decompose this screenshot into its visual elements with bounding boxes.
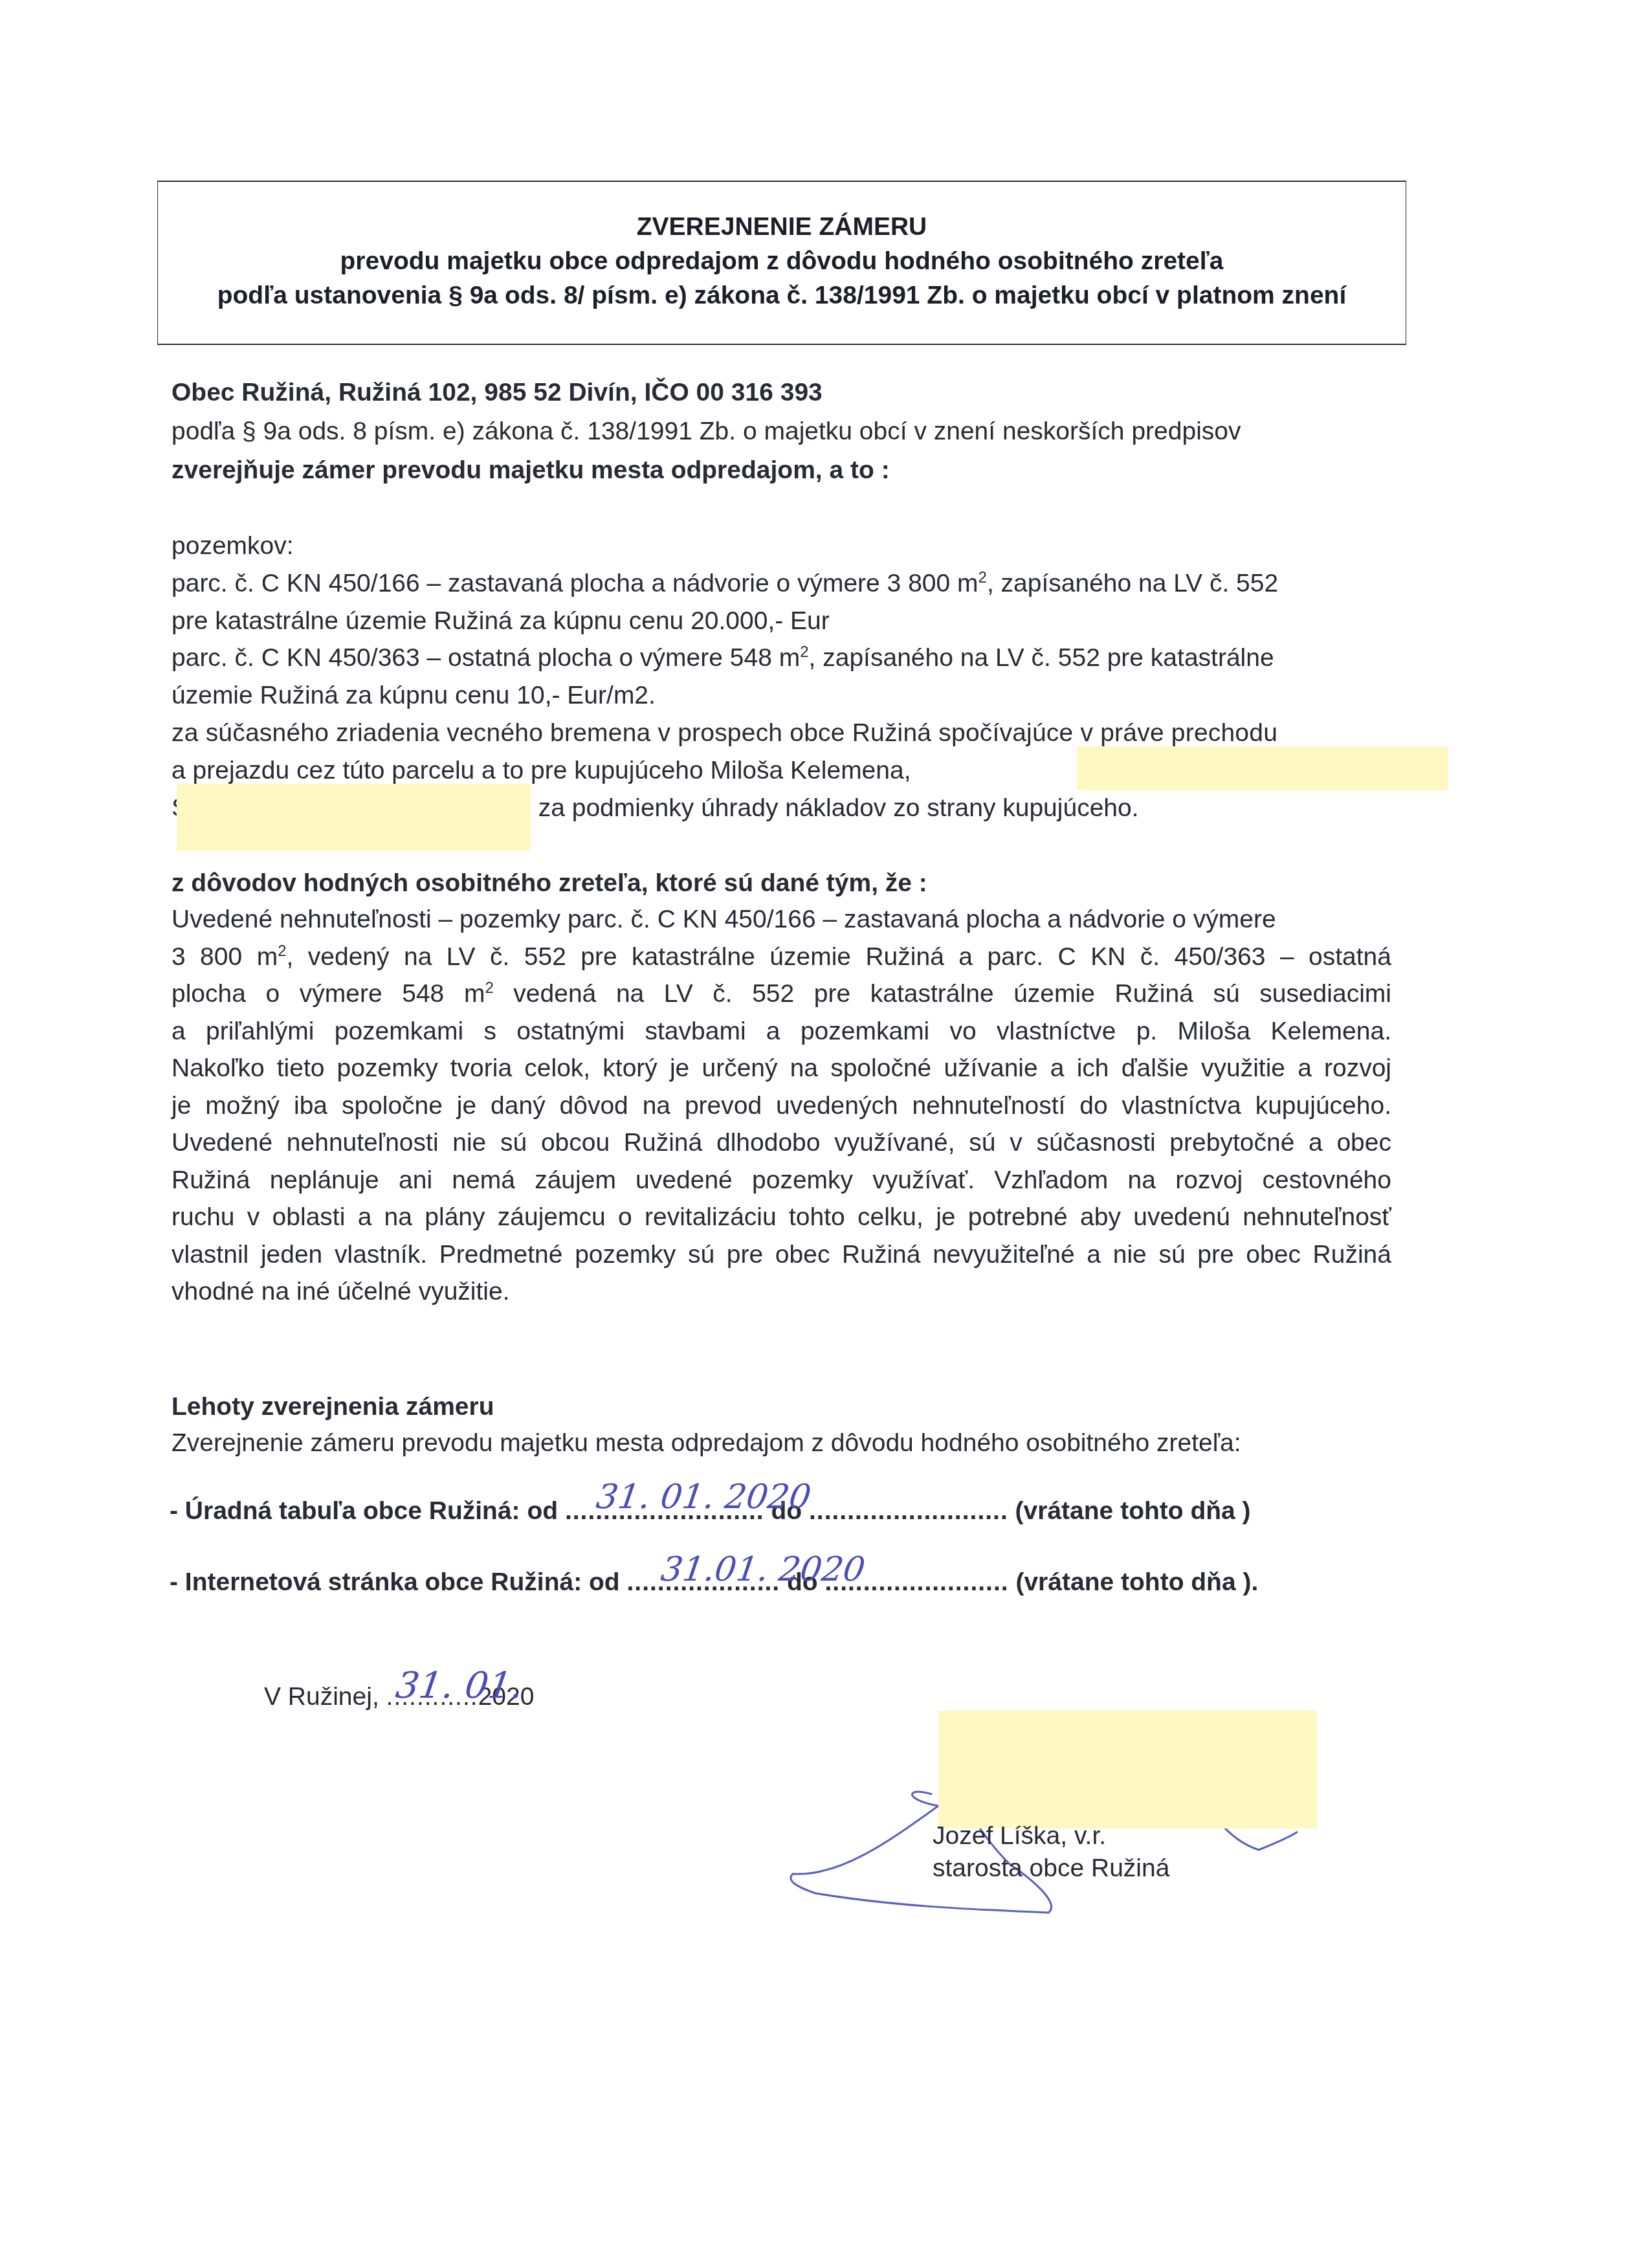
reasons-text: , vedený na LV č. 552 pre katastrálne úz… bbox=[286, 943, 1391, 971]
superscript: 2 bbox=[978, 569, 987, 586]
reasons-line: Uvedené nehnuteľnosti – pozemky parc. č.… bbox=[171, 906, 1276, 934]
easement-line-1: za súčasného zriadenia vecného bremena v… bbox=[171, 719, 1277, 748]
handwritten-board-date: 31. 01. 2020 bbox=[594, 1478, 813, 1517]
reasons-line: je možný iba spoločne je daný dôvod na p… bbox=[171, 1092, 1391, 1120]
announcement-line: zverejňuje zámer prevodu majetku mesta o… bbox=[171, 456, 890, 485]
handwritten-web-date: 31.01. 2020 bbox=[659, 1550, 868, 1589]
signatory-role: starosta obce Ružiná bbox=[933, 1854, 1169, 1883]
handwritten-signing-date: 31. 01. bbox=[393, 1665, 525, 1707]
reasons-text: vedená na LV č. 552 pre katastrálne územ… bbox=[494, 980, 1391, 1008]
easement-line-2: a prejazdu cez túto parcelu a to pre kup… bbox=[171, 757, 911, 785]
reasons-line: vhodné na iné účelné využitie. bbox=[171, 1278, 510, 1306]
reasons-line: Ružiná neplánuje ani nemá záujem uvedené… bbox=[171, 1166, 1391, 1195]
superscript: 2 bbox=[485, 979, 493, 997]
reasons-line: Uvedené nehnuteľnosti nie sú obcou Ružin… bbox=[171, 1129, 1391, 1157]
deadlines-intro: Zverejnenie zámeru prevodu majetku mesta… bbox=[171, 1429, 1241, 1458]
issuer-line: Obec Ružiná, Ružiná 102, 985 52 Divín, I… bbox=[171, 379, 823, 407]
document-subtitle-2: podľa ustanovenia § 9a ods. 8/ písm. e) … bbox=[158, 282, 1406, 310]
reasons-heading: z dôvodov hodných osobitného zreteľa, kt… bbox=[171, 869, 927, 898]
reasons-line: Nakoľko tieto pozemky tvoria celok, ktor… bbox=[171, 1054, 1391, 1083]
title-box: ZVEREJNENIE ZÁMERU prevodu majetku obce … bbox=[157, 181, 1406, 345]
document-subtitle-1: prevodu majetku obce odpredajom z dôvodu… bbox=[158, 247, 1406, 276]
reasons-line: plocha o výmere 548 m2 vedená na LV č. 5… bbox=[171, 980, 1391, 1008]
legal-basis-line: podľa § 9a ods. 8 písm. e) zákona č. 138… bbox=[171, 417, 1241, 446]
reasons-text: plocha o výmere 548 m bbox=[171, 980, 485, 1008]
web-label: - Internetová stránka obce Ružiná: od bbox=[170, 1568, 620, 1596]
reasons-line: ruchu v oblasti a na plány záujemcu o re… bbox=[171, 1203, 1391, 1232]
document-title: ZVEREJNENIE ZÁMERU bbox=[158, 213, 1406, 241]
signatory-name: Jozef Líška, v.r. bbox=[933, 1822, 1106, 1851]
parcel-2-line-1: parc. č. C KN 450/363 – ostatná plocha o… bbox=[171, 644, 1274, 673]
board-suffix: (vrátane tohto dňa ) bbox=[1015, 1497, 1251, 1525]
parcel-2-line-2: územie Ružiná za kúpnu cenu 10,- Eur/m2. bbox=[171, 682, 656, 710]
deadlines-heading: Lehoty zverejnenia zámeru bbox=[171, 1393, 494, 1421]
parcel-2-lv: , zapísaného na LV č. 552 pre katastráln… bbox=[809, 644, 1274, 672]
redaction-box bbox=[938, 1711, 1317, 1829]
web-suffix: (vrátane tohto dňa ). bbox=[1015, 1568, 1258, 1596]
parcel-2-text: parc. č. C KN 450/363 – ostatná plocha o… bbox=[171, 644, 800, 672]
parcel-1-lv: , zapísaného na LV č. 552 bbox=[987, 570, 1278, 597]
redaction-box bbox=[177, 784, 531, 851]
board-label: - Úradná tabuľa obce Ružiná: od bbox=[170, 1497, 558, 1525]
parcel-1-line-1: parc. č. C KN 450/166 – zastavaná plocha… bbox=[171, 570, 1278, 598]
board-to-field[interactable]: .......................... bbox=[809, 1497, 1008, 1525]
redaction-box bbox=[1077, 746, 1448, 790]
superscript: 2 bbox=[278, 942, 286, 960]
reasons-line: a priľahlými pozemkami s ostatnými stavb… bbox=[171, 1017, 1391, 1046]
superscript: 2 bbox=[800, 643, 808, 661]
place-label: V Ružinej, bbox=[264, 1683, 379, 1711]
parcels-label: pozemkov: bbox=[171, 532, 294, 561]
reasons-line: 3 800 m2, vedený na LV č. 552 pre katast… bbox=[171, 943, 1391, 972]
easement-line-3: ; za podmienky úhrady nákladov zo strany… bbox=[524, 794, 1139, 823]
parcel-1-line-2: pre katastrálne územie Ružiná za kúpnu c… bbox=[171, 607, 830, 636]
parcel-1-text: parc. č. C KN 450/166 – zastavaná plocha… bbox=[171, 570, 978, 597]
reasons-text: 3 800 m bbox=[171, 943, 278, 971]
reasons-line: vlastnil jeden vlastník. Predmetné pozem… bbox=[171, 1241, 1391, 1269]
